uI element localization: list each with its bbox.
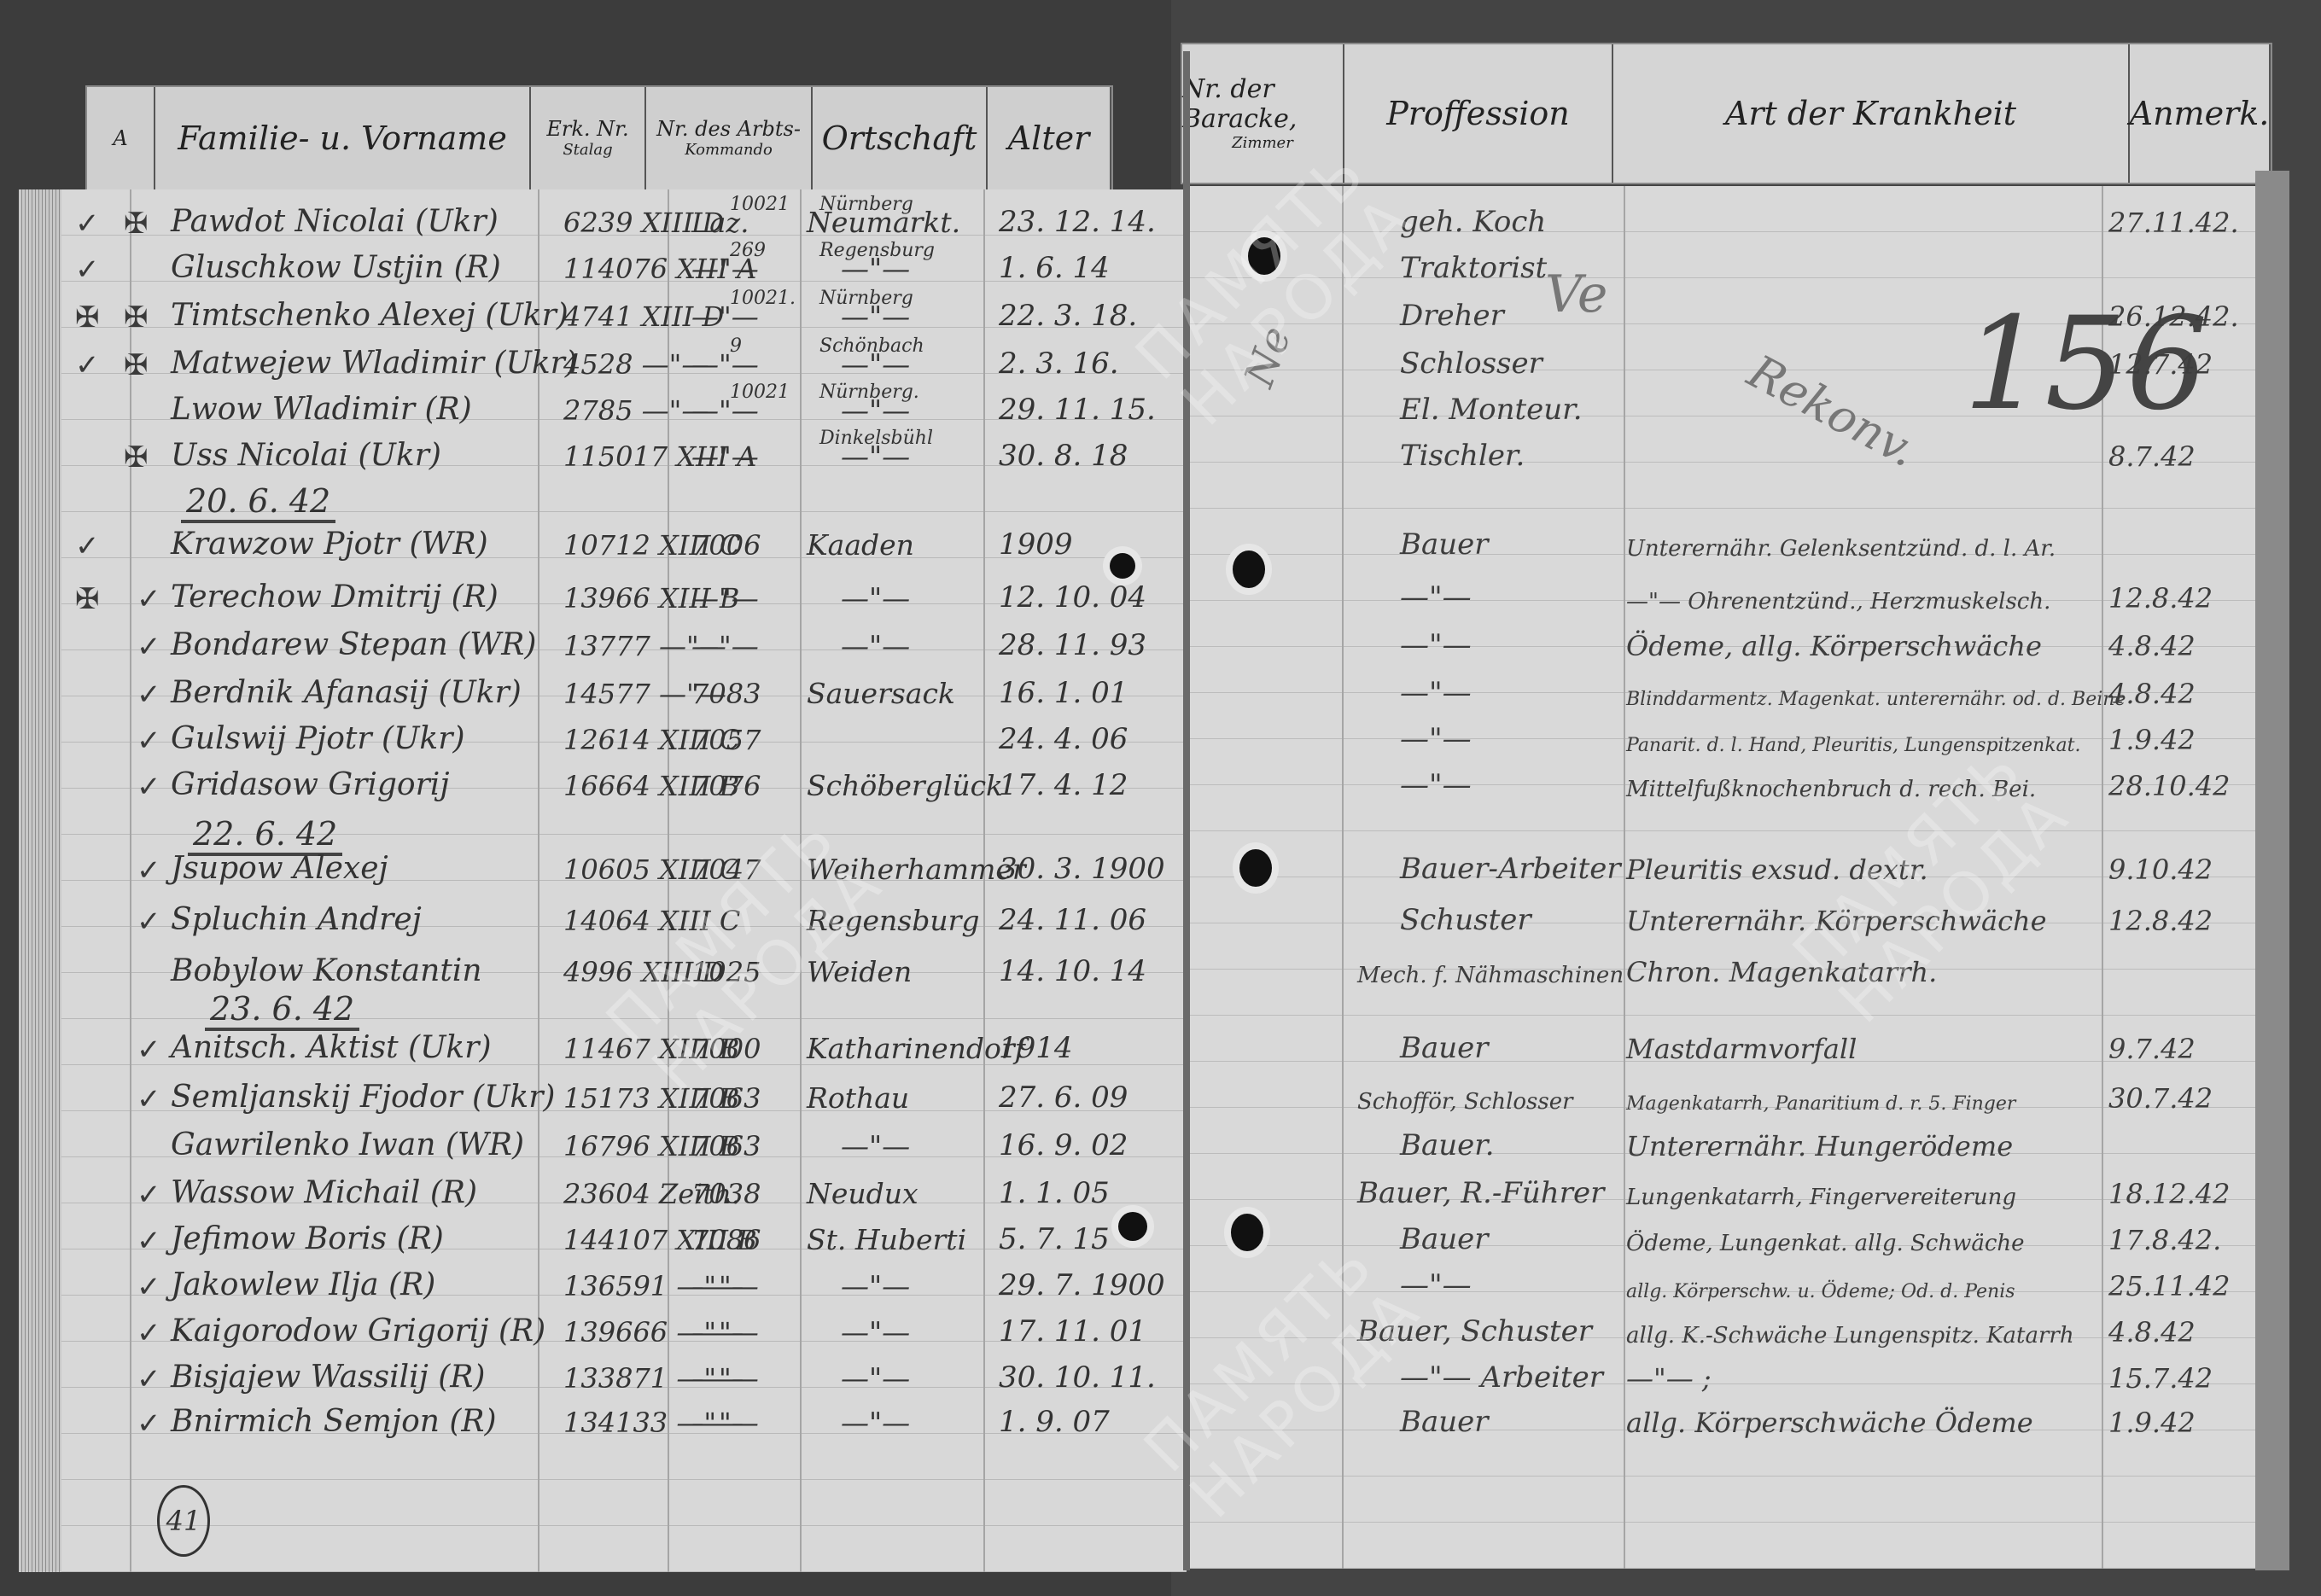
entry-birthdate: 24. 11. 06 <box>999 903 1146 937</box>
entry-remark: 26.12.42. <box>2108 300 2239 333</box>
register-entry: ✓Jsupow Alexej10605 XIII C7047Weiherhamm… <box>0 845 2321 891</box>
entry-place: —"— <box>841 1315 910 1348</box>
entry-profession: Tischler. <box>1400 439 1525 473</box>
entry-place: Rothau <box>807 1081 909 1115</box>
column-header-barracks: Nr. der Baracke,Zimmer <box>1182 44 1344 183</box>
outer-mark-icon: ✓ <box>75 529 100 563</box>
entry-birthdate: 30. 3. 1900 <box>999 852 1165 886</box>
register-entry: ✓Spluchin Andrej14064 XIII CRegensburg24… <box>0 896 2321 942</box>
entry-illness: Mastdarmvorfall <box>1626 1033 1857 1065</box>
entry-illness: Unterernähr. Hungerödeme <box>1626 1130 2013 1162</box>
entry-profession: —"— Arbeiter <box>1400 1360 1603 1395</box>
entry-illness: Pleuritis exsud. dextr. <box>1626 853 1928 886</box>
entry-place-note: Nürnberg. <box>819 382 919 403</box>
inner-mark-icon: ✠ <box>124 348 149 382</box>
entry-pow-number: 4528 —"— <box>563 348 709 381</box>
entry-birthdate: 12. 10. 04 <box>999 580 1146 615</box>
entry-remark: 1.9.42 <box>2108 1407 2196 1439</box>
entry-remark: 8.7.42 <box>2108 440 2196 473</box>
entry-kommando-note: 269 <box>730 240 766 261</box>
entry-name: Spluchin Andrej <box>171 902 422 937</box>
entry-kommando-note: 9 <box>730 335 742 357</box>
entry-kommando: —"— <box>691 630 759 662</box>
entry-name: Gridasow Grigorij <box>171 767 449 802</box>
inner-mark-icon: ✠ <box>124 207 149 241</box>
inner-mark-icon: ✓ <box>137 630 161 664</box>
register-entry: Gawrilenko Iwan (WR)16796 XIII B7063—"—1… <box>0 1121 2321 1168</box>
entry-profession: Mech. f. Nähmaschinen <box>1357 963 1624 988</box>
entry-kommando: 7000 <box>691 1033 761 1065</box>
entry-birthdate: 1909 <box>999 527 1073 562</box>
entry-place: Weiherhammer <box>807 853 1026 886</box>
inner-mark-icon: ✓ <box>137 1270 161 1304</box>
entry-profession: Bauer. <box>1400 1128 1495 1162</box>
column-header-place: Ortschaft <box>813 87 988 189</box>
register-entry: ✠✠Timtschenko Alexej (Ukr)4741 XIII D—"—… <box>0 292 2321 338</box>
entry-profession: Bauer <box>1400 1405 1489 1439</box>
entry-name: Matwejew Wladimir (Ukr) <box>171 346 577 381</box>
entry-remark: 12.7.42 <box>2108 348 2213 381</box>
entry-illness: Ödeme, Lungenkat. allg. Schwäche <box>1626 1231 2025 1256</box>
outer-mark-icon: ✠ <box>75 582 100 616</box>
column-header-remark: Anmerk. <box>2130 44 2271 183</box>
entry-kommando-note: 10021 <box>730 382 790 403</box>
inner-mark-icon: ✓ <box>137 1178 161 1212</box>
entry-remark: 25.11.42 <box>2108 1270 2231 1302</box>
entry-name: Gawrilenko Iwan (WR) <box>171 1127 524 1162</box>
entry-place: Regensburg <box>807 904 980 937</box>
entry-illness: Ödeme, allg. Körperschwäche <box>1626 630 2042 662</box>
entry-place: St. Huberti <box>807 1223 966 1256</box>
entry-illness: allg. Körperschw. u. Ödeme; Od. d. Penis <box>1626 1281 2015 1302</box>
entry-place: —"— <box>841 629 910 662</box>
page-number: 41 <box>157 1485 210 1557</box>
entry-name: Berdnik Afanasij (Ukr) <box>171 675 522 710</box>
entry-kommando: —"— <box>691 1407 759 1439</box>
entry-profession: Schofför, Schlosser <box>1357 1089 1573 1115</box>
entry-place: Kaaden <box>807 528 914 562</box>
entry-birthdate: 28. 11. 93 <box>999 628 1146 662</box>
register-entry: ✓Wassow Michail (R)23604 Zeith.7038Neudu… <box>0 1169 2321 1215</box>
entry-birthdate: 30. 10. 11. <box>999 1360 1156 1395</box>
entry-illness: Magenkatarrh, Panaritium d. r. 5. Finger <box>1626 1093 2015 1115</box>
entry-name: Semljanskij Fjodor (Ukr) <box>171 1080 555 1115</box>
entry-name: Gulswij Pjotr (Ukr) <box>171 721 465 756</box>
column-header-left: AFamilie- u. VornameErk. Nr.StalagNr. de… <box>85 85 1113 191</box>
column-header-name: Familie- u. Vorname <box>155 87 531 189</box>
entry-illness: —"— Ohrenentzünd., Herzmuskelsch. <box>1626 589 2050 615</box>
entry-illness: Lungenkatarrh, Fingervereiterung <box>1626 1185 2016 1210</box>
column-header-illness: Art der Krankheit <box>1613 44 2130 183</box>
register-entry: Bobylow Konstantin4996 XIII D1025Weiden1… <box>0 947 2321 993</box>
entry-remark: 4.8.42 <box>2108 630 2196 662</box>
entry-birthdate: 16. 9. 02 <box>999 1128 1128 1162</box>
outer-mark-icon: ✓ <box>75 348 100 382</box>
entry-birthdate: 29. 7. 1900 <box>999 1268 1165 1302</box>
entry-profession: Bauer <box>1400 1222 1489 1256</box>
register-entry: Lwow Wladimir (R)2785 —"——"—10021—"—Nürn… <box>0 386 2321 432</box>
entry-birthdate: 27. 6. 09 <box>999 1081 1128 1115</box>
register-entry: ✓Gulswij Pjotr (Ukr)12614 XIII C705724. … <box>0 715 2321 761</box>
entry-name: Wassow Michail (R) <box>171 1175 477 1210</box>
entry-kommando: —"— <box>691 1270 759 1302</box>
entry-kommando: 1025 <box>691 956 761 988</box>
entry-name: Kaigorodow Grigorij (R) <box>171 1313 545 1348</box>
entry-remark: 4.8.42 <box>2108 1316 2196 1348</box>
entry-illness: Mittelfußknochenbruch d. rech. Bei. <box>1626 777 2036 802</box>
entry-place-note: Schönbach <box>819 335 924 357</box>
register-entry: ✓Berdnik Afanasij (Ukr)14577 —"—7083Saue… <box>0 669 2321 715</box>
entry-profession: Bauer, Schuster <box>1357 1314 1592 1348</box>
column-header-sub: Kommando <box>685 141 773 160</box>
inner-mark-icon: ✓ <box>137 905 161 939</box>
inner-mark-icon: ✓ <box>137 678 161 712</box>
entry-kommando: —"— <box>691 348 759 381</box>
entry-remark: 9.7.42 <box>2108 1033 2196 1065</box>
entry-remark: 9.10.42 <box>2108 853 2213 886</box>
entry-remark: 27.11.42. <box>2108 207 2239 239</box>
entry-kommando: —"— <box>691 1316 759 1348</box>
entry-birthdate: 17. 4. 12 <box>999 768 1128 802</box>
entry-illness: Panarit. d. l. Hand, Pleuritis, Lungensp… <box>1626 735 2081 756</box>
entry-place-note: Nürnberg <box>819 288 913 309</box>
register-entry: ✓✠Matwejew Wladimir (Ukr)4528 —"——"—9—"—… <box>0 340 2321 386</box>
entry-pow-number: 2785 —"— <box>563 394 709 427</box>
inner-mark-icon: ✓ <box>137 1033 161 1067</box>
entry-profession: —"— <box>1400 676 1472 710</box>
register-entry: ✓Bisjajew Wassilij (R)133871 —"——"——"—30… <box>0 1354 2321 1400</box>
entry-place: —"— <box>841 1406 910 1439</box>
entry-profession: Schlosser <box>1400 347 1542 381</box>
entry-name: Bobylow Konstantin <box>171 953 482 988</box>
entry-illness: allg. Körperschwäche Ödeme <box>1626 1407 2033 1439</box>
entry-kommando: 7047 <box>691 853 761 886</box>
entry-name: Uss Nicolai (Ukr) <box>171 438 441 473</box>
entry-name: Bnirmich Semjon (R) <box>171 1404 497 1439</box>
entry-kommando: 7063 <box>691 1082 761 1115</box>
entry-name: Anitsch. Aktist (Ukr) <box>171 1030 492 1065</box>
entry-profession: Dreher <box>1400 299 1504 333</box>
entry-profession: —"— <box>1400 628 1472 662</box>
inner-mark-icon: ✓ <box>137 1224 161 1258</box>
inner-mark-icon: ✓ <box>137 582 161 616</box>
entry-birthdate: 1. 6. 14 <box>999 251 1110 285</box>
entry-place-note: Dinkelsbühl <box>819 428 933 449</box>
entry-remark: 1.9.42 <box>2108 724 2196 756</box>
section-date: 20. 6. 42 <box>181 482 335 523</box>
inner-mark-icon: ✓ <box>137 1316 161 1350</box>
entry-place: Sauersack <box>807 677 955 710</box>
outer-mark-icon: ✠ <box>75 300 100 335</box>
register-entry: ✓Jefimow Boris (R)144107 XIII B7086St. H… <box>0 1215 2321 1261</box>
entry-illness: Unterernähr. Gelenksentzünd. d. l. Ar. <box>1626 536 2056 562</box>
entry-kommando: 7063 <box>691 1130 761 1162</box>
register-entry: ✓Gridasow Grigorij16664 XIII B7076Schöbe… <box>0 761 2321 807</box>
entry-birthdate: 1914 <box>999 1031 1073 1065</box>
register-entry: ✓Gluschkow Ustjin (R)114076 XIII A—"—269… <box>0 244 2321 290</box>
entry-birthdate: 1. 9. 07 <box>999 1405 1110 1439</box>
register-entry: ✓Bnirmich Semjon (R)134133 —"——"——"—1. 9… <box>0 1398 2321 1444</box>
entry-profession: Bauer-Arbeiter <box>1400 852 1621 886</box>
entry-place: Katharinendorf <box>807 1032 1025 1065</box>
entry-kommando: 7057 <box>691 724 761 756</box>
entry-name: Timtschenko Alexej (Ukr) <box>171 298 569 333</box>
column-header-age: Alter <box>988 87 1111 189</box>
entry-kommando: 7086 <box>691 1224 761 1256</box>
entry-birthdate: 29. 11. 15. <box>999 393 1156 427</box>
entry-remark: 15.7.42 <box>2108 1362 2213 1395</box>
entry-birthdate: 2. 3. 16. <box>999 347 1119 381</box>
entry-remark: 12.8.42 <box>2108 905 2213 937</box>
entry-kommando: 7076 <box>691 770 761 802</box>
entry-birthdate: 17. 11. 01 <box>999 1314 1146 1348</box>
column-header-mark: A <box>87 87 155 189</box>
entry-place: —"— <box>841 1361 910 1395</box>
entry-pow-number: 14064 XIII C <box>563 905 740 937</box>
entry-remark: 12.8.42 <box>2108 582 2213 615</box>
entry-birthdate: 1. 1. 05 <box>999 1176 1110 1210</box>
column-header-sub: Zimmer <box>1232 134 1293 153</box>
entry-name: Jefimow Boris (R) <box>171 1221 444 1256</box>
entry-kommando: —"— <box>691 1362 759 1395</box>
entry-remark: 17.8.42. <box>2108 1224 2221 1256</box>
entry-remark: 28.10.42 <box>2108 770 2231 802</box>
entry-profession: Bauer, R.-Führer <box>1357 1176 1604 1210</box>
entry-name: Pawdot Nicolai (Ukr) <box>171 204 499 239</box>
entry-profession: Bauer <box>1400 1031 1489 1065</box>
entry-kommando: 7083 <box>691 678 761 710</box>
column-header-pow_no: Erk. Nr.Stalag <box>531 87 646 189</box>
entry-birthdate: 16. 1. 01 <box>999 676 1128 710</box>
entry-place: Schöberglück <box>807 769 1003 802</box>
entry-kommando-note: 10021. <box>730 288 796 309</box>
entry-place-note: Regensburg <box>819 240 935 261</box>
entry-illness: —"— ; <box>1626 1362 1712 1395</box>
entry-kommando: 7038 <box>691 1178 761 1210</box>
entry-name: Jakowlew Ilja (R) <box>171 1267 435 1302</box>
entry-place: —"— <box>841 581 910 615</box>
entry-profession: geh. Koch <box>1400 205 1546 239</box>
register-entry: ✓Bondarew Stepan (WR)13777 —"——"——"—28. … <box>0 621 2321 667</box>
entry-birthdate: 22. 3. 18. <box>999 299 1137 333</box>
entry-kommando: —"— <box>691 582 759 615</box>
register-entry: ✓✠Pawdot Nicolai (Ukr)6239 XIII DLaz.100… <box>0 198 2321 244</box>
register-entry: ✓Kaigorodow Grigorij (R)139666 —"——"——"—… <box>0 1308 2321 1354</box>
entry-place: Weiden <box>807 955 912 988</box>
entry-profession: El. Monteur. <box>1400 393 1583 427</box>
entry-name: Terechow Dmitrij (R) <box>171 580 499 615</box>
entry-place: —"— <box>841 1269 910 1302</box>
entry-kommando: —"— <box>691 440 759 473</box>
inner-mark-icon: ✠ <box>124 440 149 475</box>
inner-mark-icon: ✓ <box>137 853 161 888</box>
outer-mark-icon: ✓ <box>75 253 100 287</box>
entry-name: Bisjajew Wassilij (R) <box>171 1360 485 1395</box>
column-header-sub: Stalag <box>563 141 612 160</box>
entry-kommando-note: 10021 <box>730 194 790 215</box>
inner-mark-icon: ✓ <box>137 724 161 758</box>
entry-name: Bondarew Stepan (WR) <box>171 627 536 662</box>
entry-place: Neudux <box>807 1177 918 1210</box>
entry-kommando: 7006 <box>691 529 761 562</box>
entry-name: Lwow Wladimir (R) <box>171 392 472 427</box>
entry-illness: Chron. Magenkatarrh. <box>1626 956 1937 988</box>
entry-profession: —"— <box>1400 768 1472 802</box>
column-header-right: Nr. der Baracke,ZimmerProffessionArt der… <box>1181 43 2272 184</box>
register-entry: ✓Anitsch. Aktist (Ukr)11467 XIII B7000Ka… <box>0 1024 2321 1070</box>
register-entry: ✓Jakowlew Ilja (R)136591 —"——"——"—29. 7.… <box>0 1261 2321 1308</box>
entry-birthdate: 5. 7. 15 <box>999 1222 1110 1256</box>
entry-remark: 30.7.42 <box>2108 1082 2213 1115</box>
entry-name: Jsupow Alexej <box>171 851 388 886</box>
entry-birthdate: 24. 4. 06 <box>999 722 1128 756</box>
entry-name: Gluschkow Ustjin (R) <box>171 250 501 285</box>
entry-illness: allg. K.-Schwäche Lungenspitz. Katarrh <box>1626 1323 2074 1348</box>
entry-profession: Schuster <box>1400 903 1531 937</box>
inner-mark-icon: ✓ <box>137 1362 161 1396</box>
inner-mark-icon: ✠ <box>124 300 149 335</box>
register-entry: ✠Uss Nicolai (Ukr)115017 XIII A—"——"—Din… <box>0 432 2321 478</box>
entry-birthdate: 30. 8. 18 <box>999 439 1128 473</box>
column-header-profession: Proffession <box>1344 44 1613 183</box>
entry-profession: Traktorist <box>1400 251 1547 285</box>
outer-mark-icon: ✓ <box>75 207 100 241</box>
entry-profession: —"— <box>1400 722 1472 756</box>
entry-profession: —"— <box>1400 1268 1472 1302</box>
column-header-kommando: Nr. des Arbts-Kommando <box>646 87 813 189</box>
entry-illness: Blinddarmentz. Magenkat. unterernähr. od… <box>1626 689 2126 710</box>
entry-place: —"— <box>841 1129 910 1162</box>
entry-name: Krawzow Pjotr (WR) <box>171 527 488 562</box>
entry-remark: 4.8.42 <box>2108 678 2196 710</box>
register-entry: ✓Krawzow Pjotr (WR)10712 XIII C7006Kaade… <box>0 521 2321 567</box>
entry-illness: Unterernähr. Körperschwäche <box>1626 905 2047 937</box>
inner-mark-icon: ✓ <box>137 1407 161 1441</box>
inner-mark-icon: ✓ <box>137 1082 161 1116</box>
inner-mark-icon: ✓ <box>137 770 161 804</box>
entry-birthdate: 14. 10. 14 <box>999 954 1146 988</box>
register-entry: ✠✓Terechow Dmitrij (R)13966 XIII B—"——"—… <box>0 574 2321 620</box>
entry-birthdate: 23. 12. 14. <box>999 205 1156 239</box>
entry-profession: —"— <box>1400 580 1472 615</box>
entry-profession: Bauer <box>1400 527 1489 562</box>
register-entry: ✓Semljanskij Fjodor (Ukr)15173 XIII B706… <box>0 1074 2321 1120</box>
entry-remark: 18.12.42 <box>2108 1178 2231 1210</box>
entry-place-note: Nürnberg <box>819 194 913 215</box>
